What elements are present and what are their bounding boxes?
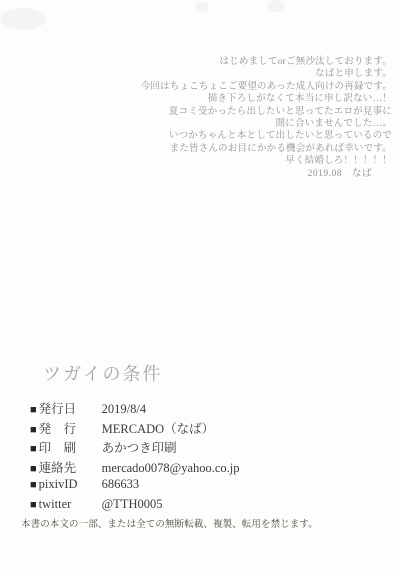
greeting-line: はじめましてorご無沙汰しております。 [141, 56, 392, 68]
colophon-value: 2019/8/4 [102, 402, 146, 417]
colophon-value: MERCADO（なば） [102, 419, 215, 437]
colophon-row: ■ 印 刷 あかつき印刷 [30, 438, 240, 458]
greeting-line: また皆さんのお目にかかる機会があれば幸いです。 [141, 143, 392, 155]
square-bullet-icon: ■ [30, 424, 37, 436]
square-bullet-icon: ■ [30, 404, 37, 416]
colophon-row: ■ 連絡先 mercado0078@yahoo.co.jp [30, 458, 240, 478]
greeting-line: 間に合いませんでした…。 [141, 118, 392, 130]
square-bullet-icon: ■ [30, 479, 37, 491]
colophon-row: ■ 発 行 MERCADO（なば） [30, 419, 240, 439]
scan-smudge [195, 2, 209, 12]
colophon-row: ■ 発行日 2019/8/4 [30, 399, 240, 419]
copyright-notice: 本書の本文の一部、または全ての無断転載、複製、転用を禁じます。 [21, 516, 318, 530]
greeting-line: いつかちゃんと本として出したいと思っているので [141, 130, 392, 142]
square-bullet-icon: ■ [30, 499, 37, 511]
scan-smudge [0, 8, 46, 30]
book-title: ツガイの条件 [43, 360, 162, 386]
colophon-label: 発 行 [39, 419, 94, 437]
date-signature: 2019.08 なば [308, 165, 372, 179]
scan-smudge [268, 0, 284, 12]
colophon-value: mercado0078@yahoo.co.jp [102, 461, 240, 476]
colophon-label: 連絡先 [39, 458, 94, 476]
square-bullet-icon: ■ [30, 443, 37, 455]
greeting-line: 夏コミ受かったら出したいと思ってたエロが見事に [141, 106, 392, 118]
colophon-label: 発行日 [39, 399, 94, 417]
colophon-info-list: ■ 発行日 2019/8/4 ■ 発 行 MERCADO（なば） ■ 印 刷 あ… [30, 399, 240, 516]
colophon-label: pixivID [39, 477, 94, 492]
colophon-value: あかつき印刷 [102, 438, 177, 456]
colophon-row: ■ twitter @TTH0005 [30, 497, 240, 517]
colophon-value: 686633 [102, 477, 140, 492]
colophon-label: 印 刷 [39, 438, 94, 456]
greeting-line: なばと申します。 [141, 68, 392, 80]
colophon-value: @TTH0005 [102, 497, 163, 512]
greeting-line: 描き下ろしがなくて本当に申し訳ない…！ [141, 93, 392, 105]
greeting-line: 今回はちょこちょこご要望のあった成人向けの再録です。 [141, 81, 392, 93]
greeting-paragraph: はじめましてorご無沙汰しております。 なばと申します。 今回はちょこちょこご要… [141, 56, 392, 168]
colophon-label: twitter [39, 497, 94, 512]
colophon-page: はじめましてorご無沙汰しております。 なばと申します。 今回はちょこちょこご要… [0, 0, 400, 569]
colophon-row: ■ pixivID 686633 [30, 477, 240, 497]
square-bullet-icon: ■ [30, 463, 37, 475]
